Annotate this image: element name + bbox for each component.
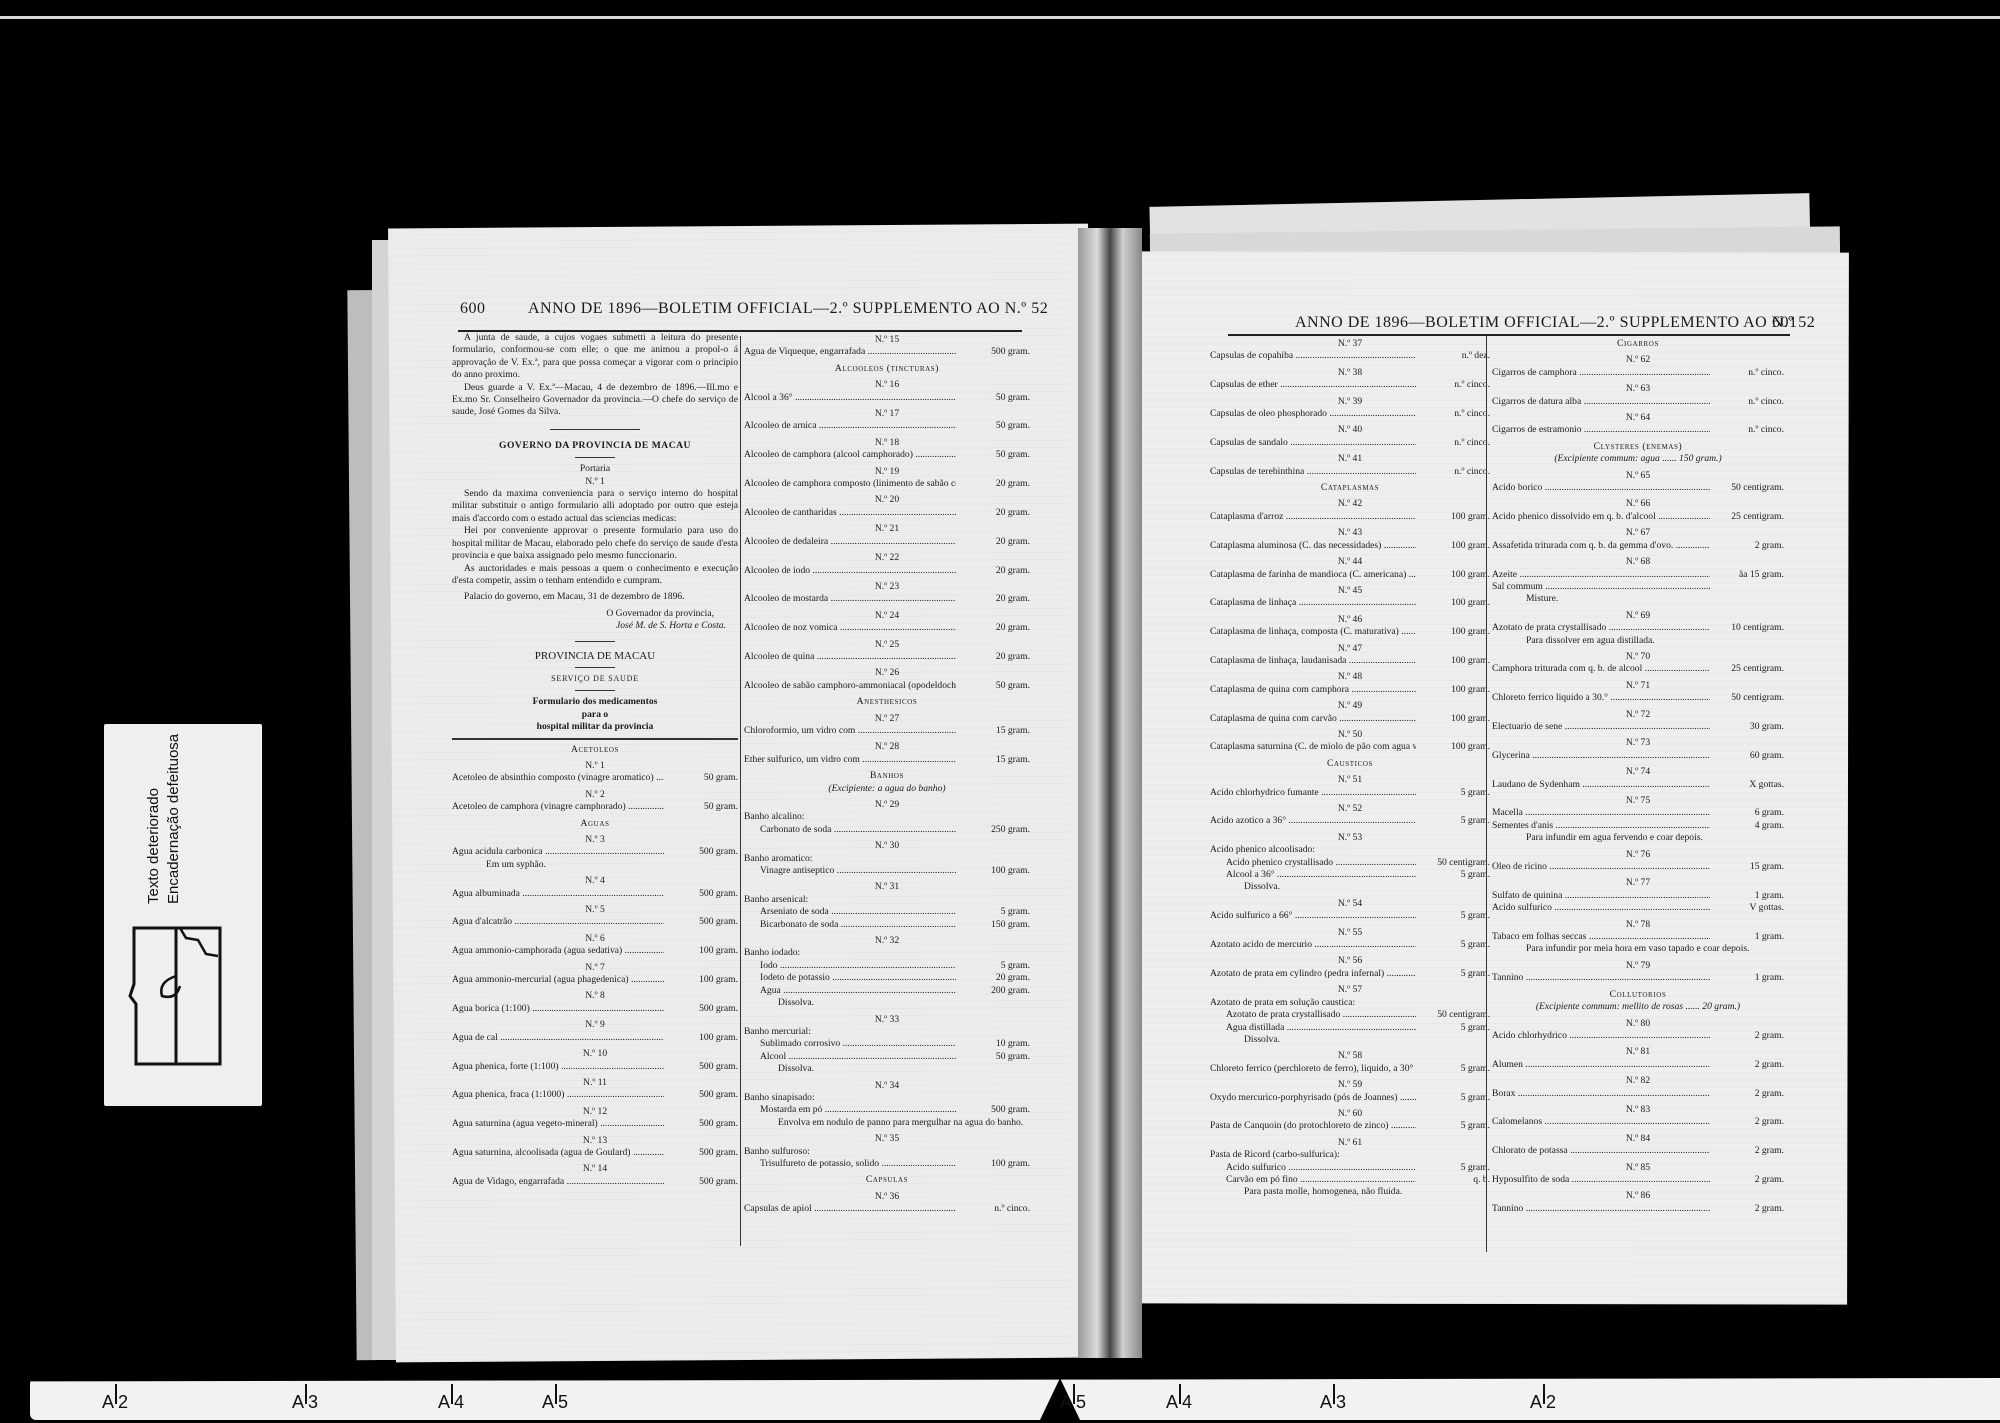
entry-quantity: 50 gram.	[664, 772, 738, 784]
formulary-entry: N.º 61Pasta de Ricord (carbo-sulfurica):…	[1210, 1137, 1490, 1199]
entry-number: N.º 1	[452, 760, 738, 772]
entry-name: Acido sulfurico	[1492, 902, 1710, 914]
entry-name: Alcooleo de dedaleira	[744, 536, 956, 548]
form-title-1: Formulario dos medicamentos	[452, 696, 738, 708]
formulary-entry: N.º 6Agua ammonio-camphorada (agua sedat…	[452, 933, 738, 958]
entry-row: Pasta de Canquoin (do protochloreto de z…	[1210, 1120, 1490, 1132]
entry-row: Alcool50 gram.	[744, 1051, 1030, 1063]
ruler-tick	[1073, 1384, 1075, 1404]
entry-quantity: 150 gram.	[956, 919, 1030, 931]
entry-row: Alcooleo de noz vomica20 gram.	[744, 622, 1030, 634]
entry-name: Azotato de prata em cylindro (pedra infe…	[1210, 968, 1416, 980]
entry-row: Chloreto ferrico liquido a 30.°50 centig…	[1492, 692, 1784, 704]
entry-name: Agua de Viqueque, engarrafada	[744, 346, 956, 358]
entry-heading: Acido phenico alcoolisado:	[1210, 844, 1490, 856]
formulary-entry: N.º 83Calomelanos2 gram.	[1492, 1104, 1784, 1129]
entry-quantity: 100 gram.	[1416, 741, 1490, 753]
entry-name: Cataplasma de quina com carvão	[1210, 713, 1416, 725]
entry-number: N.º 60	[1210, 1108, 1490, 1120]
formulary-entry: N.º 43Cataplasma aluminosa (C. das neces…	[1210, 527, 1490, 552]
entry-number: N.º 63	[1492, 383, 1784, 395]
entry-number: N.º 28	[744, 741, 1030, 753]
entry-quantity: 100 gram.	[1416, 511, 1490, 523]
entry-name: Borax	[1492, 1088, 1710, 1100]
entry-number: N.º 29	[744, 799, 1030, 811]
entry-row: Acido chlorhydrico fumante5 gram.	[1210, 787, 1490, 799]
formulary-entry: N.º 37Capsulas de copahiban.º dez.	[1210, 338, 1490, 363]
entry-number: N.º 53	[1210, 832, 1490, 844]
entry-quantity: 100 gram.	[1416, 655, 1490, 667]
scanner-top-edge	[0, 16, 2000, 19]
entry-number: N.º 81	[1492, 1046, 1784, 1058]
left-page-number: 600	[460, 300, 486, 318]
entry-name: Azotato acido de mercurio	[1210, 939, 1416, 951]
entry-number: N.º 30	[744, 840, 1030, 852]
ruler-tick	[1543, 1384, 1545, 1404]
formulary-entry: N.º 66Acido phenico dissolvido em q. b. …	[1492, 498, 1784, 523]
entry-quantity: 1 gram.	[1710, 972, 1784, 984]
entry-number: N.º 22	[744, 552, 1030, 564]
entry-number: N.º 20	[744, 494, 1030, 506]
section-title: Cigarros	[1492, 338, 1784, 350]
entry-row: Alcooleo de arnica50 gram.	[744, 420, 1030, 432]
entry-note: Para infundir por meia hora em vaso tapa…	[1492, 943, 1784, 955]
section-title: Anesthesicos	[744, 696, 1030, 708]
entry-quantity: 2 gram.	[1710, 1174, 1784, 1186]
entry-name: Glycerina	[1492, 750, 1710, 762]
formulary-entry: N.º 81Alumen2 gram.	[1492, 1046, 1784, 1071]
entry-name: Ether sulfurico, um vidro com	[744, 754, 956, 766]
formulary-entry: N.º 28Ether sulfurico, um vidro com15 gr…	[744, 741, 1030, 766]
entry-row: Alumen2 gram.	[1492, 1059, 1784, 1071]
entry-quantity: 50 gram.	[956, 680, 1030, 692]
entry-name: Arseniato de soda	[760, 906, 956, 918]
left-page-column-2: N.º 15Agua de Viqueque, engarrafada500 g…	[744, 330, 1030, 1216]
entry-number: N.º 21	[744, 523, 1030, 535]
entry-number: N.º 10	[452, 1048, 738, 1060]
entry-row: Mostarda em pó500 gram.	[744, 1104, 1030, 1116]
entry-number: N.º 76	[1492, 849, 1784, 861]
entry-quantity: 2 gram.	[1710, 1059, 1784, 1071]
entry-row: Iodo5 gram.	[744, 960, 1030, 972]
entry-name: Iodeto de potassio	[760, 972, 956, 984]
entry-row: Alcooleo de camphora composto (linimento…	[744, 478, 1030, 490]
entry-quantity: ãa 15 gram.	[1710, 569, 1784, 581]
entry-number: N.º 47	[1210, 643, 1490, 655]
entry-name: Macella	[1492, 807, 1710, 819]
entry-quantity: 500 gram.	[664, 916, 738, 928]
entry-row: Acido phenico crystallisado50 centigram.	[1210, 857, 1490, 869]
entry-quantity: 20 gram.	[956, 972, 1030, 984]
entry-name: Agua	[760, 985, 956, 997]
entry-name: Cigarros de estramonio	[1492, 424, 1710, 436]
formulary-entry: N.º 35Banho sulfuroso:Trisulfureto de po…	[744, 1133, 1030, 1170]
formulary-entry: N.º 79Tannino1 gram.	[1492, 960, 1784, 985]
entry-row: Trisulfureto de potassio, solido100 gram…	[744, 1158, 1030, 1170]
entry-row: Azotato de prata em cylindro (pedra infe…	[1210, 968, 1490, 980]
entry-number: N.º 25	[744, 639, 1030, 651]
formulary-entry: N.º 72Electuario de sene30 gram.	[1492, 709, 1784, 734]
entry-number: N.º 32	[744, 935, 1030, 947]
entry-number: N.º 59	[1210, 1079, 1490, 1091]
entry-number: N.º 12	[452, 1106, 738, 1118]
entry-quantity: n.º cinco.	[1710, 396, 1784, 408]
portaria-paragraph-2: Hei por conveniente approvar o presente …	[452, 525, 738, 562]
entry-row: Cataplasma aluminosa (C. das necessidade…	[1210, 540, 1490, 552]
formulary-entry: N.º 39Capsulas de oleo phosphoradon.º ci…	[1210, 396, 1490, 421]
column-divider	[1486, 336, 1487, 1252]
entry-name: Sementes d'anis	[1492, 820, 1710, 832]
formulary-entry: N.º 59Oxydo mercurico-porphyrisado (pós …	[1210, 1079, 1490, 1104]
entry-number: N.º 43	[1210, 527, 1490, 539]
entry-row: Alcool a 36°5 gram.	[1210, 869, 1490, 881]
entry-name: Alcool a 36°	[1226, 869, 1416, 881]
left-col2-formulary: N.º 15Agua de Viqueque, engarrafada500 g…	[744, 334, 1030, 1216]
condition-label-card: Texto deteriorado Encadernação defeituos…	[104, 724, 262, 1106]
entry-quantity: 50 gram.	[956, 420, 1030, 432]
entry-name: Acido phenico crystallisado	[1226, 857, 1416, 869]
entry-row: Acido sulfuricoV gottas.	[1492, 902, 1784, 914]
entry-row: Agua200 gram.	[744, 985, 1030, 997]
entry-number: N.º 83	[1492, 1104, 1784, 1116]
entry-quantity: 5 gram.	[1416, 910, 1490, 922]
formulary-entry: N.º 14Agua de Vidago, engarrafada500 gra…	[452, 1163, 738, 1188]
entry-row: Macella6 gram.	[1492, 807, 1784, 819]
entry-number: N.º 64	[1492, 412, 1784, 424]
entry-quantity: 500 gram.	[664, 888, 738, 900]
entry-name: Alcooleo de camphora composto (linimento…	[744, 478, 956, 490]
entry-row: Acido chlorhydrico2 gram.	[1492, 1030, 1784, 1042]
entry-quantity: 100 gram.	[956, 865, 1030, 877]
entry-row: Borax2 gram.	[1492, 1088, 1784, 1100]
entry-name: Agua borica (1:100)	[452, 1003, 664, 1015]
entry-quantity: 2 gram.	[1710, 1145, 1784, 1157]
entry-note: Para infundir em agua fervendo e coar de…	[1492, 832, 1784, 844]
entry-row: Acido sulfurico a 66°5 gram.	[1210, 910, 1490, 922]
entry-name: Chloreto ferrico (perchloreto de ferro),…	[1210, 1063, 1416, 1075]
book-gutter	[1078, 228, 1142, 1358]
entry-quantity: 5 gram.	[1416, 968, 1490, 980]
entry-row: Cataplasma de farinha de mandioca (C. am…	[1210, 569, 1490, 581]
entry-row: Acido phenico dissolvido em q. b. d'alco…	[1492, 511, 1784, 523]
entry-quantity: 100 gram.	[1416, 597, 1490, 609]
formulary-entry: N.º 55Azotato acido de mercurio5 gram.	[1210, 927, 1490, 952]
form-title-3: hospital militar da provincia	[452, 721, 738, 733]
entry-name: Chloreto ferrico liquido a 30.°	[1492, 692, 1710, 704]
entry-number: N.º 57	[1210, 984, 1490, 996]
entry-quantity: 10 centigram.	[1710, 622, 1784, 634]
portaria-heading: Portaria	[452, 463, 738, 475]
formulary-entry: N.º 30Banho aromatico:Vinagre antiseptic…	[744, 840, 1030, 877]
entry-quantity: 20 gram.	[956, 651, 1030, 663]
entry-note: Dissolva.	[1210, 1034, 1490, 1046]
formulary-entry: N.º 3Agua acidula carbonica500 gram.Em u…	[452, 834, 738, 871]
entry-row: Cataplasma d'arroz100 gram.	[1210, 511, 1490, 523]
section-title: Cataplasmas	[1210, 482, 1490, 494]
entry-quantity: 30 gram.	[1710, 721, 1784, 733]
section-title: Acetoleos	[452, 744, 738, 756]
entry-name: Mostarda em pó	[760, 1104, 956, 1116]
left-col1-formulary: AcetoleosN.º 1Acetoleo de absinthio comp…	[452, 744, 738, 1189]
entry-name: Agua albuminada	[452, 888, 664, 900]
formulary-entry: N.º 86Tannino2 gram.	[1492, 1190, 1784, 1215]
entry-number: N.º 67	[1492, 527, 1784, 539]
entry-number: N.º 62	[1492, 354, 1784, 366]
entry-quantity: 500 gram.	[956, 346, 1030, 358]
entry-row: Agua phenica, fraca (1:1000)500 gram.	[452, 1089, 738, 1101]
entry-quantity: 500 gram.	[956, 1104, 1030, 1116]
formulary-entry: N.º 49Cataplasma de quina com carvão100 …	[1210, 700, 1490, 725]
entry-row: Agua albuminada500 gram.	[452, 888, 738, 900]
entry-name: Agua de cal	[452, 1032, 664, 1044]
entry-number: N.º 16	[744, 379, 1030, 391]
entry-row: Tannino2 gram.	[1492, 1203, 1784, 1215]
formulary-entry: N.º 48Cataplasma de quina com camphora10…	[1210, 671, 1490, 696]
ruler-mark: A5	[1060, 1390, 1086, 1413]
entry-name: Sublimado corrosivo	[760, 1038, 956, 1050]
entry-quantity: 10 gram.	[956, 1038, 1030, 1050]
entry-name: Capsulas de copahiba	[1210, 350, 1416, 362]
entry-row: Capsulas de sandalon.º cinco.	[1210, 437, 1490, 449]
entry-quantity: 20 gram.	[956, 536, 1030, 548]
entry-number: N.º 9	[452, 1019, 738, 1031]
formulary-entry: N.º 50Cataplasma saturnina (C. de miolo …	[1210, 729, 1490, 754]
entry-quantity: 5 gram.	[1416, 1092, 1490, 1104]
entry-quantity: 50 centigram.	[1710, 482, 1784, 494]
entry-quantity: 5 gram.	[956, 906, 1030, 918]
condition-line-1: Texto deteriorado	[144, 704, 164, 904]
entry-row: Vinagre antiseptico100 gram.	[744, 865, 1030, 877]
section-rule	[452, 738, 738, 740]
entry-row: Glycerina60 gram.	[1492, 750, 1784, 762]
entry-name: Alcooleo de iodo	[744, 565, 956, 577]
entry-row: Cigarros de datura alban.º cinco.	[1492, 396, 1784, 408]
entry-row: Hyposulfito de soda2 gram.	[1492, 1174, 1784, 1186]
entry-name: Alcool a 36°	[744, 392, 956, 404]
entry-number: N.º 6	[452, 933, 738, 945]
entry-number: N.º 50	[1210, 729, 1490, 741]
entry-quantity: n.º cinco.	[1416, 437, 1490, 449]
entry-number: N.º 34	[744, 1080, 1030, 1092]
entry-quantity: 500 gram.	[664, 1003, 738, 1015]
entry-row: Sublimado corrosivo10 gram.	[744, 1038, 1030, 1050]
formulary-entry: N.º 27Chloroformio, um vidro com15 gram.	[744, 713, 1030, 738]
entry-quantity: n.º cinco.	[1416, 466, 1490, 478]
entry-number: N.º 4	[452, 875, 738, 887]
entry-number: N.º 3	[452, 834, 738, 846]
government-title: GOVERNO DA PROVINCIA DE MACAU	[452, 440, 738, 452]
entry-name: Cataplasma de linhaça, composta (C. matu…	[1210, 626, 1416, 638]
formulary-entry: N.º 21Alcooleo de dedaleira20 gram.	[744, 523, 1030, 548]
formulary-entry: N.º 11Agua phenica, fraca (1:1000)500 gr…	[452, 1077, 738, 1102]
formulary-entry: N.º 60Pasta de Canquoin (do protochloret…	[1210, 1108, 1490, 1133]
left-page-column-1: A junta de saude, a cujos vogaes submett…	[452, 332, 738, 1188]
entry-name: Calomelanos	[1492, 1116, 1710, 1128]
condition-line-2: Encadernação defeituosa	[164, 704, 184, 904]
entry-row: Agua de cal100 gram.	[452, 1032, 738, 1044]
formulary-entry: N.º 31Banho arsenical:Arseniato de soda5…	[744, 881, 1030, 931]
formulary-entry: N.º 56Azotato de prata em cylindro (pedr…	[1210, 955, 1490, 980]
entry-number: N.º 38	[1210, 367, 1490, 379]
entry-row: Agua saturnina (agua vegeto-mineral)500 …	[452, 1118, 738, 1130]
entry-number: N.º 56	[1210, 955, 1490, 967]
section-subtitle: (Excipiente: a agua do banho)	[744, 783, 1030, 795]
entry-number: N.º 39	[1210, 396, 1490, 408]
entry-row: Agua acidula carbonica500 gram.	[452, 846, 738, 858]
right-page-header: ANNO DE 1896—BOLETIM OFFICIAL—2.º SUPPLE…	[1295, 314, 1815, 332]
entry-row: Capsulas de terebinthinan.º cinco.	[1210, 466, 1490, 478]
entry-row: Chlorato de potassa2 gram.	[1492, 1145, 1784, 1157]
entry-number: N.º 37	[1210, 338, 1490, 350]
date-line: Palacio do governo, em Macau, 31 de deze…	[452, 591, 738, 603]
formulary-entry: N.º 70Camphora triturada com q. b. de al…	[1492, 651, 1784, 676]
formulary-entry: N.º 16Alcool a 36°50 gram.	[744, 379, 1030, 404]
entry-row: Azeiteãa 15 gram.	[1492, 569, 1784, 581]
entry-row: Calomelanos2 gram.	[1492, 1116, 1784, 1128]
entry-row: Alcool a 36°50 gram.	[744, 392, 1030, 404]
entry-name: Cataplasma d'arroz	[1210, 511, 1416, 523]
section-title: Causticos	[1210, 758, 1490, 770]
entry-row: Sulfato de quinina1 gram.	[1492, 890, 1784, 902]
entry-name: Oxydo mercurico-porphyrisado (pós de Joa…	[1210, 1092, 1416, 1104]
entry-number: N.º 77	[1492, 877, 1784, 889]
entry-number: N.º 31	[744, 881, 1030, 893]
entry-quantity: 100 gram.	[1416, 713, 1490, 725]
entry-name: Capsulas de sandalo	[1210, 437, 1416, 449]
entry-quantity: V gottas.	[1710, 902, 1784, 914]
portaria-number: N.º 1	[452, 476, 738, 488]
entry-name: Bicarbonato de soda	[760, 919, 956, 931]
entry-quantity: 50 gram.	[664, 801, 738, 813]
ruler-mark: A3	[1320, 1390, 1346, 1413]
formulary-entry: N.º 46Cataplasma de linhaça, composta (C…	[1210, 614, 1490, 639]
entry-name: Alcooleo de quina	[744, 651, 956, 663]
section-subtitle: (Excipiente commum: agua ...... 150 gram…	[1492, 453, 1784, 465]
section-title: Collutorios	[1492, 989, 1784, 1001]
entry-name: Acido phenico dissolvido em q. b. d'alco…	[1492, 511, 1710, 523]
formulary-entry: N.º 40Capsulas de sandalon.º cinco.	[1210, 424, 1490, 449]
entry-name: Cataplasma de linhaça	[1210, 597, 1416, 609]
entry-row: Oxydo mercurico-porphyrisado (pós de Joa…	[1210, 1092, 1490, 1104]
entry-name: Carvão em pó fino	[1226, 1174, 1416, 1186]
entry-row: Cataplasma de linhaça, laudanisada100 gr…	[1210, 655, 1490, 667]
entry-quantity: 100 gram.	[664, 945, 738, 957]
entry-row: Chloreto ferrico (perchloreto de ferro),…	[1210, 1063, 1490, 1075]
entry-name: Vinagre antiseptico	[760, 865, 956, 877]
formulary-entry: N.º 57Azotato de prata em solução causti…	[1210, 984, 1490, 1046]
province-title: PROVINCIA DE MACAU	[452, 650, 738, 662]
entry-quantity: 5 gram.	[956, 960, 1030, 972]
entry-quantity: 500 gram.	[664, 1089, 738, 1101]
ruler-mark: A2	[102, 1390, 128, 1413]
entry-row: Acido borico50 centigram.	[1492, 482, 1784, 494]
entry-note: Dissolva.	[744, 997, 1030, 1009]
entry-quantity: 2 gram.	[1710, 1116, 1784, 1128]
formulary-entry: N.º 29Banho alcalino:Carbonato de soda25…	[744, 799, 1030, 836]
entry-number: N.º 48	[1210, 671, 1490, 683]
entry-number: N.º 51	[1210, 774, 1490, 786]
divider	[575, 667, 615, 668]
entry-number: N.º 27	[744, 713, 1030, 725]
entry-row: Cataplasma de quina com camphora100 gram…	[1210, 684, 1490, 696]
entry-quantity: 2 gram.	[1710, 1203, 1784, 1215]
entry-quantity: 6 gram.	[1710, 807, 1784, 819]
entry-name: Acido chlorhydrico fumante	[1210, 787, 1416, 799]
entry-quantity: 5 gram.	[1416, 869, 1490, 881]
entry-row: Capsulas de apioln.º cinco.	[744, 1203, 1030, 1215]
entry-number: N.º 42	[1210, 498, 1490, 510]
entry-name: Tannino	[1492, 1203, 1710, 1215]
entry-number: N.º 80	[1492, 1018, 1784, 1030]
formulary-entry: N.º 78Tabaco em folhas seccas1 gram.Para…	[1492, 919, 1784, 956]
entry-name: Capsulas de terebinthina	[1210, 466, 1416, 478]
formulary-entry: N.º 47Cataplasma de linhaça, laudanisada…	[1210, 643, 1490, 668]
formulary-entry: N.º 69Azotato de prata crystallisado10 c…	[1492, 610, 1784, 647]
entry-name: Chlorato de potassa	[1492, 1145, 1710, 1157]
entry-number: N.º 61	[1210, 1137, 1490, 1149]
formulary-entry: N.º 22Alcooleo de iodo20 gram.	[744, 552, 1030, 577]
entry-number: N.º 49	[1210, 700, 1490, 712]
entry-row: Azotato de prata crystallisado50 centigr…	[1210, 1009, 1490, 1021]
entry-quantity: 100 gram.	[1416, 626, 1490, 638]
formulary-entry: N.º 36Capsulas de apioln.º cinco.	[744, 1191, 1030, 1216]
left-page-header: ANNO DE 1896—BOLETIM OFFICIAL—2.º SUPPLE…	[528, 300, 1048, 318]
entry-name: Alcool	[760, 1051, 956, 1063]
section-title: Alcooleos (tincturas)	[744, 363, 1030, 375]
entry-row: Agua ammonio-camphorada (agua sedativa)1…	[452, 945, 738, 957]
entry-quantity: 100 gram.	[1416, 569, 1490, 581]
entry-row: Camphora triturada com q. b. de alcool25…	[1492, 663, 1784, 675]
entry-quantity: 500 gram.	[664, 1176, 738, 1188]
entry-number: N.º 84	[1492, 1133, 1784, 1145]
entry-name: Agua de Vidago, engarrafada	[452, 1176, 664, 1188]
entry-quantity: 25 centigram.	[1710, 511, 1784, 523]
ruler-mark: A4	[438, 1390, 464, 1413]
entry-name: Acido sulfurico a 66°	[1210, 910, 1416, 922]
entry-number: N.º 46	[1210, 614, 1490, 626]
entry-number: N.º 72	[1492, 709, 1784, 721]
entry-name: Laudano de Sydenham	[1492, 779, 1710, 791]
entry-number: N.º 44	[1210, 556, 1490, 568]
entry-number: N.º 70	[1492, 651, 1784, 663]
entry-number: N.º 19	[744, 466, 1030, 478]
entry-name: Acetoleo de camphora (vinagre camphorado…	[452, 801, 664, 813]
entry-row: Azotato de prata crystallisado10 centigr…	[1492, 622, 1784, 634]
entry-name: Agua ammonio-camphorada (agua sedativa)	[452, 945, 664, 957]
signature-title: O Governador da provincia,	[452, 608, 738, 620]
section-title: Clysteres (enemas)	[1492, 441, 1784, 453]
entry-quantity: 15 gram.	[956, 725, 1030, 737]
entry-name: Azotato de prata crystallisado	[1492, 622, 1710, 634]
entry-number: N.º 36	[744, 1191, 1030, 1203]
entry-quantity: q. b.	[1416, 1174, 1490, 1186]
entry-name: Cataplasma de quina com camphora	[1210, 684, 1416, 696]
entry-name: Cigarros de camphora	[1492, 367, 1710, 379]
section-title: Capsulas	[744, 1174, 1030, 1186]
formulary-entry: N.º 2Acetoleo de camphora (vinagre camph…	[452, 789, 738, 814]
formulary-entry: N.º 45Cataplasma de linhaça100 gram.	[1210, 585, 1490, 610]
entry-heading: Pasta de Ricord (carbo-sulfurica):	[1210, 1149, 1490, 1161]
formulary-entry: N.º 82Borax2 gram.	[1492, 1075, 1784, 1100]
formulary-entry: N.º 12Agua saturnina (agua vegeto-minera…	[452, 1106, 738, 1131]
entry-name: Agua ammonio-mercurial (agua phagedenica…	[452, 974, 664, 986]
entry-name: Azeite	[1492, 569, 1710, 581]
entry-note: Para pasta molle, homogenea, não fluida.	[1210, 1186, 1490, 1198]
torn-page-icon	[128, 924, 228, 1074]
entry-row: Iodeto de potassio20 gram.	[744, 972, 1030, 984]
entry-row: Acido azotico a 36°5 gram.	[1210, 815, 1490, 827]
entry-quantity: 5 gram.	[1416, 1063, 1490, 1075]
